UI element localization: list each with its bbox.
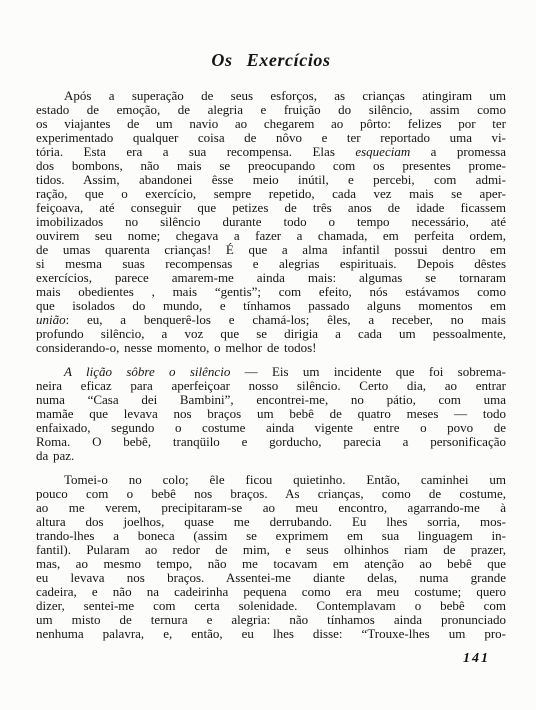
text-run: : eu, a benquerê-los e chamá-los; êles, …: [66, 312, 506, 327]
text-run: Tomei-o no colo; êle ficou quietinho. En…: [64, 472, 506, 487]
text-line: Roma. O bebê, tranqüilo e gorducho, pare…: [36, 435, 506, 449]
text-run: feiçoava, até conseguir que petizes de t…: [36, 200, 506, 215]
text-line: numa “Casa dei Bambini”, encontrei-me, n…: [36, 393, 506, 407]
text-run: ao me verem, precipitaram-se ao meu enco…: [36, 500, 506, 515]
text-run: Após a superação de seus esforços, as cr…: [64, 88, 506, 103]
page-number: 141: [36, 651, 506, 667]
text-line: os viajantes de um navio ao chegarem ao …: [36, 117, 506, 131]
text-run: os viajantes de um navio ao chegarem ao …: [36, 116, 506, 131]
text-run: um misto de ternura e alegria: não tínha…: [36, 612, 506, 627]
text-run: pouco com o bebê nos braços. As crianças…: [36, 486, 506, 501]
text-line: dizer, sentei-me com certa solenidade. C…: [36, 599, 506, 613]
text-line: ração, que o exercício, sempre repetido,…: [36, 187, 506, 201]
text-line: experimentado qualquer coisa de nôvo e t…: [36, 131, 506, 145]
text-run: trando-lhes a boneca (assim se exprimem …: [36, 528, 506, 543]
italic-text-run: A lição sôbre o silêncio: [64, 364, 230, 379]
text-line: altura dos joelhos, quase me derrubando.…: [36, 515, 506, 529]
text-line: tória. Esta era a sua recompensa. Elas e…: [36, 145, 506, 159]
paragraph: Após a superação de seus esforços, as cr…: [36, 89, 506, 355]
text-line: mas, ao mesmo tempo, não me tocavam em a…: [36, 557, 506, 571]
text-run: tória. Esta era a sua recompensa. Elas: [36, 144, 355, 159]
text-line: exercícios, parece amarem-me ainda mais:…: [36, 271, 506, 285]
text-line: união: eu, a benquerê-los e chamá-los; ê…: [36, 313, 506, 327]
text-line: mamãe que levava nos braços um bebê de q…: [36, 407, 506, 421]
text-line: dos bombons, não mais se preocupando com…: [36, 159, 506, 173]
text-run: numa “Casa dei Bambini”, encontrei-me, n…: [36, 392, 506, 407]
text-line: nenhuma palavra, e, então, eu lhes disse…: [36, 627, 506, 641]
text-run: neira eficaz para aperfeiçoar nosso silê…: [36, 378, 506, 393]
text-line: Tomei-o no colo; êle ficou quietinho. En…: [36, 473, 506, 487]
text-line: ao me verem, precipitaram-se ao meu enco…: [36, 501, 506, 515]
text-line: ouvirem seu nome; chegava a fazer a cham…: [36, 229, 506, 243]
text-run: tidos. Assim, abandonei êsse meio inútil…: [36, 172, 506, 187]
text-run: mais obedientes , mais “gentis”; com efe…: [36, 284, 506, 299]
text-run: a promessa: [410, 144, 506, 159]
text-run: experimentado qualquer coisa de nôvo e t…: [36, 130, 506, 145]
text-line: considerando-o, nesse momento, o melhor …: [36, 341, 506, 355]
chapter-title: Os Exercícios: [36, 50, 506, 71]
text-line: que isolados do mundo, e tínhamos passad…: [36, 299, 506, 313]
text-run: dizer, sentei-me com certa solenidade. C…: [36, 598, 506, 613]
book-page: Os Exercícios Após a superação de seus e…: [0, 0, 536, 710]
text-line: profundo silêncio, a voz que se dirigia …: [36, 327, 506, 341]
text-run: fantil). Pularam ao redor de mim, e seus…: [36, 542, 506, 557]
text-run: — Eis um incidente que foi sobrema-: [230, 364, 506, 379]
text-run: si mesma suas recompensas e alegrias esp…: [36, 256, 506, 271]
text-line: Após a superação de seus esforços, as cr…: [36, 89, 506, 103]
text-run: mamãe que levava nos braços um bebê de q…: [36, 406, 506, 421]
text-line: da paz.: [36, 449, 506, 463]
text-run: dos bombons, não mais se preocupando com…: [36, 158, 506, 173]
text-line: mais obedientes , mais “gentis”; com efe…: [36, 285, 506, 299]
text-run: de umas quarenta crianças! É que a alma …: [36, 242, 506, 257]
text-line: pouco com o bebê nos braços. As crianças…: [36, 487, 506, 501]
text-line: enfaixado, segundo o costume ainda vigen…: [36, 421, 506, 435]
text-line: cadeira, e não na cadeirinha pequena com…: [36, 585, 506, 599]
text-run: mas, ao mesmo tempo, não me tocavam em a…: [36, 556, 506, 571]
text-run: ração, que o exercício, sempre repetido,…: [36, 186, 506, 201]
text-line: neira eficaz para aperfeiçoar nosso silê…: [36, 379, 506, 393]
text-run: Roma. O bebê, tranqüilo e gorducho, pare…: [36, 434, 506, 449]
text-run: imobilizados no silêncio durante todo o …: [36, 214, 506, 229]
text-run: cadeira, e não na cadeirinha pequena com…: [36, 584, 506, 599]
text-run: que isolados do mundo, e tínhamos passad…: [36, 298, 506, 313]
text-line: fantil). Pularam ao redor de mim, e seus…: [36, 543, 506, 557]
paragraph: A lição sôbre o silêncio — Eis um incide…: [36, 365, 506, 463]
page-body: Após a superação de seus esforços, as cr…: [36, 89, 506, 641]
text-line: um misto de ternura e alegria: não tínha…: [36, 613, 506, 627]
text-run: exercícios, parece amarem-me ainda mais:…: [36, 270, 506, 285]
text-run: profundo silêncio, a voz que se dirigia …: [36, 326, 506, 341]
text-run: ouvirem seu nome; chegava a fazer a cham…: [36, 228, 506, 243]
paragraph: Tomei-o no colo; êle ficou quietinho. En…: [36, 473, 506, 641]
text-run: da paz.: [36, 448, 74, 463]
text-line: estado de emoção, de alegria e fruição d…: [36, 103, 506, 117]
text-line: si mesma suas recompensas e alegrias esp…: [36, 257, 506, 271]
text-run: eu levava nos braços. Assentei-me diante…: [36, 570, 506, 585]
text-line: de umas quarenta crianças! É que a alma …: [36, 243, 506, 257]
text-line: A lição sôbre o silêncio — Eis um incide…: [36, 365, 506, 379]
text-run: enfaixado, segundo o costume ainda vigen…: [36, 420, 506, 435]
text-run: altura dos joelhos, quase me derrubando.…: [36, 514, 506, 529]
text-line: eu levava nos braços. Assentei-me diante…: [36, 571, 506, 585]
text-line: imobilizados no silêncio durante todo o …: [36, 215, 506, 229]
text-line: trando-lhes a boneca (assim se exprimem …: [36, 529, 506, 543]
text-run: nenhuma palavra, e, então, eu lhes disse…: [36, 626, 506, 641]
text-run: considerando-o, nesse momento, o melhor …: [36, 340, 317, 355]
italic-text-run: união: [36, 312, 66, 327]
text-run: estado de emoção, de alegria e fruição d…: [36, 102, 506, 117]
text-line: tidos. Assim, abandonei êsse meio inútil…: [36, 173, 506, 187]
italic-text-run: esqueciam: [355, 144, 410, 159]
text-line: feiçoava, até conseguir que petizes de t…: [36, 201, 506, 215]
